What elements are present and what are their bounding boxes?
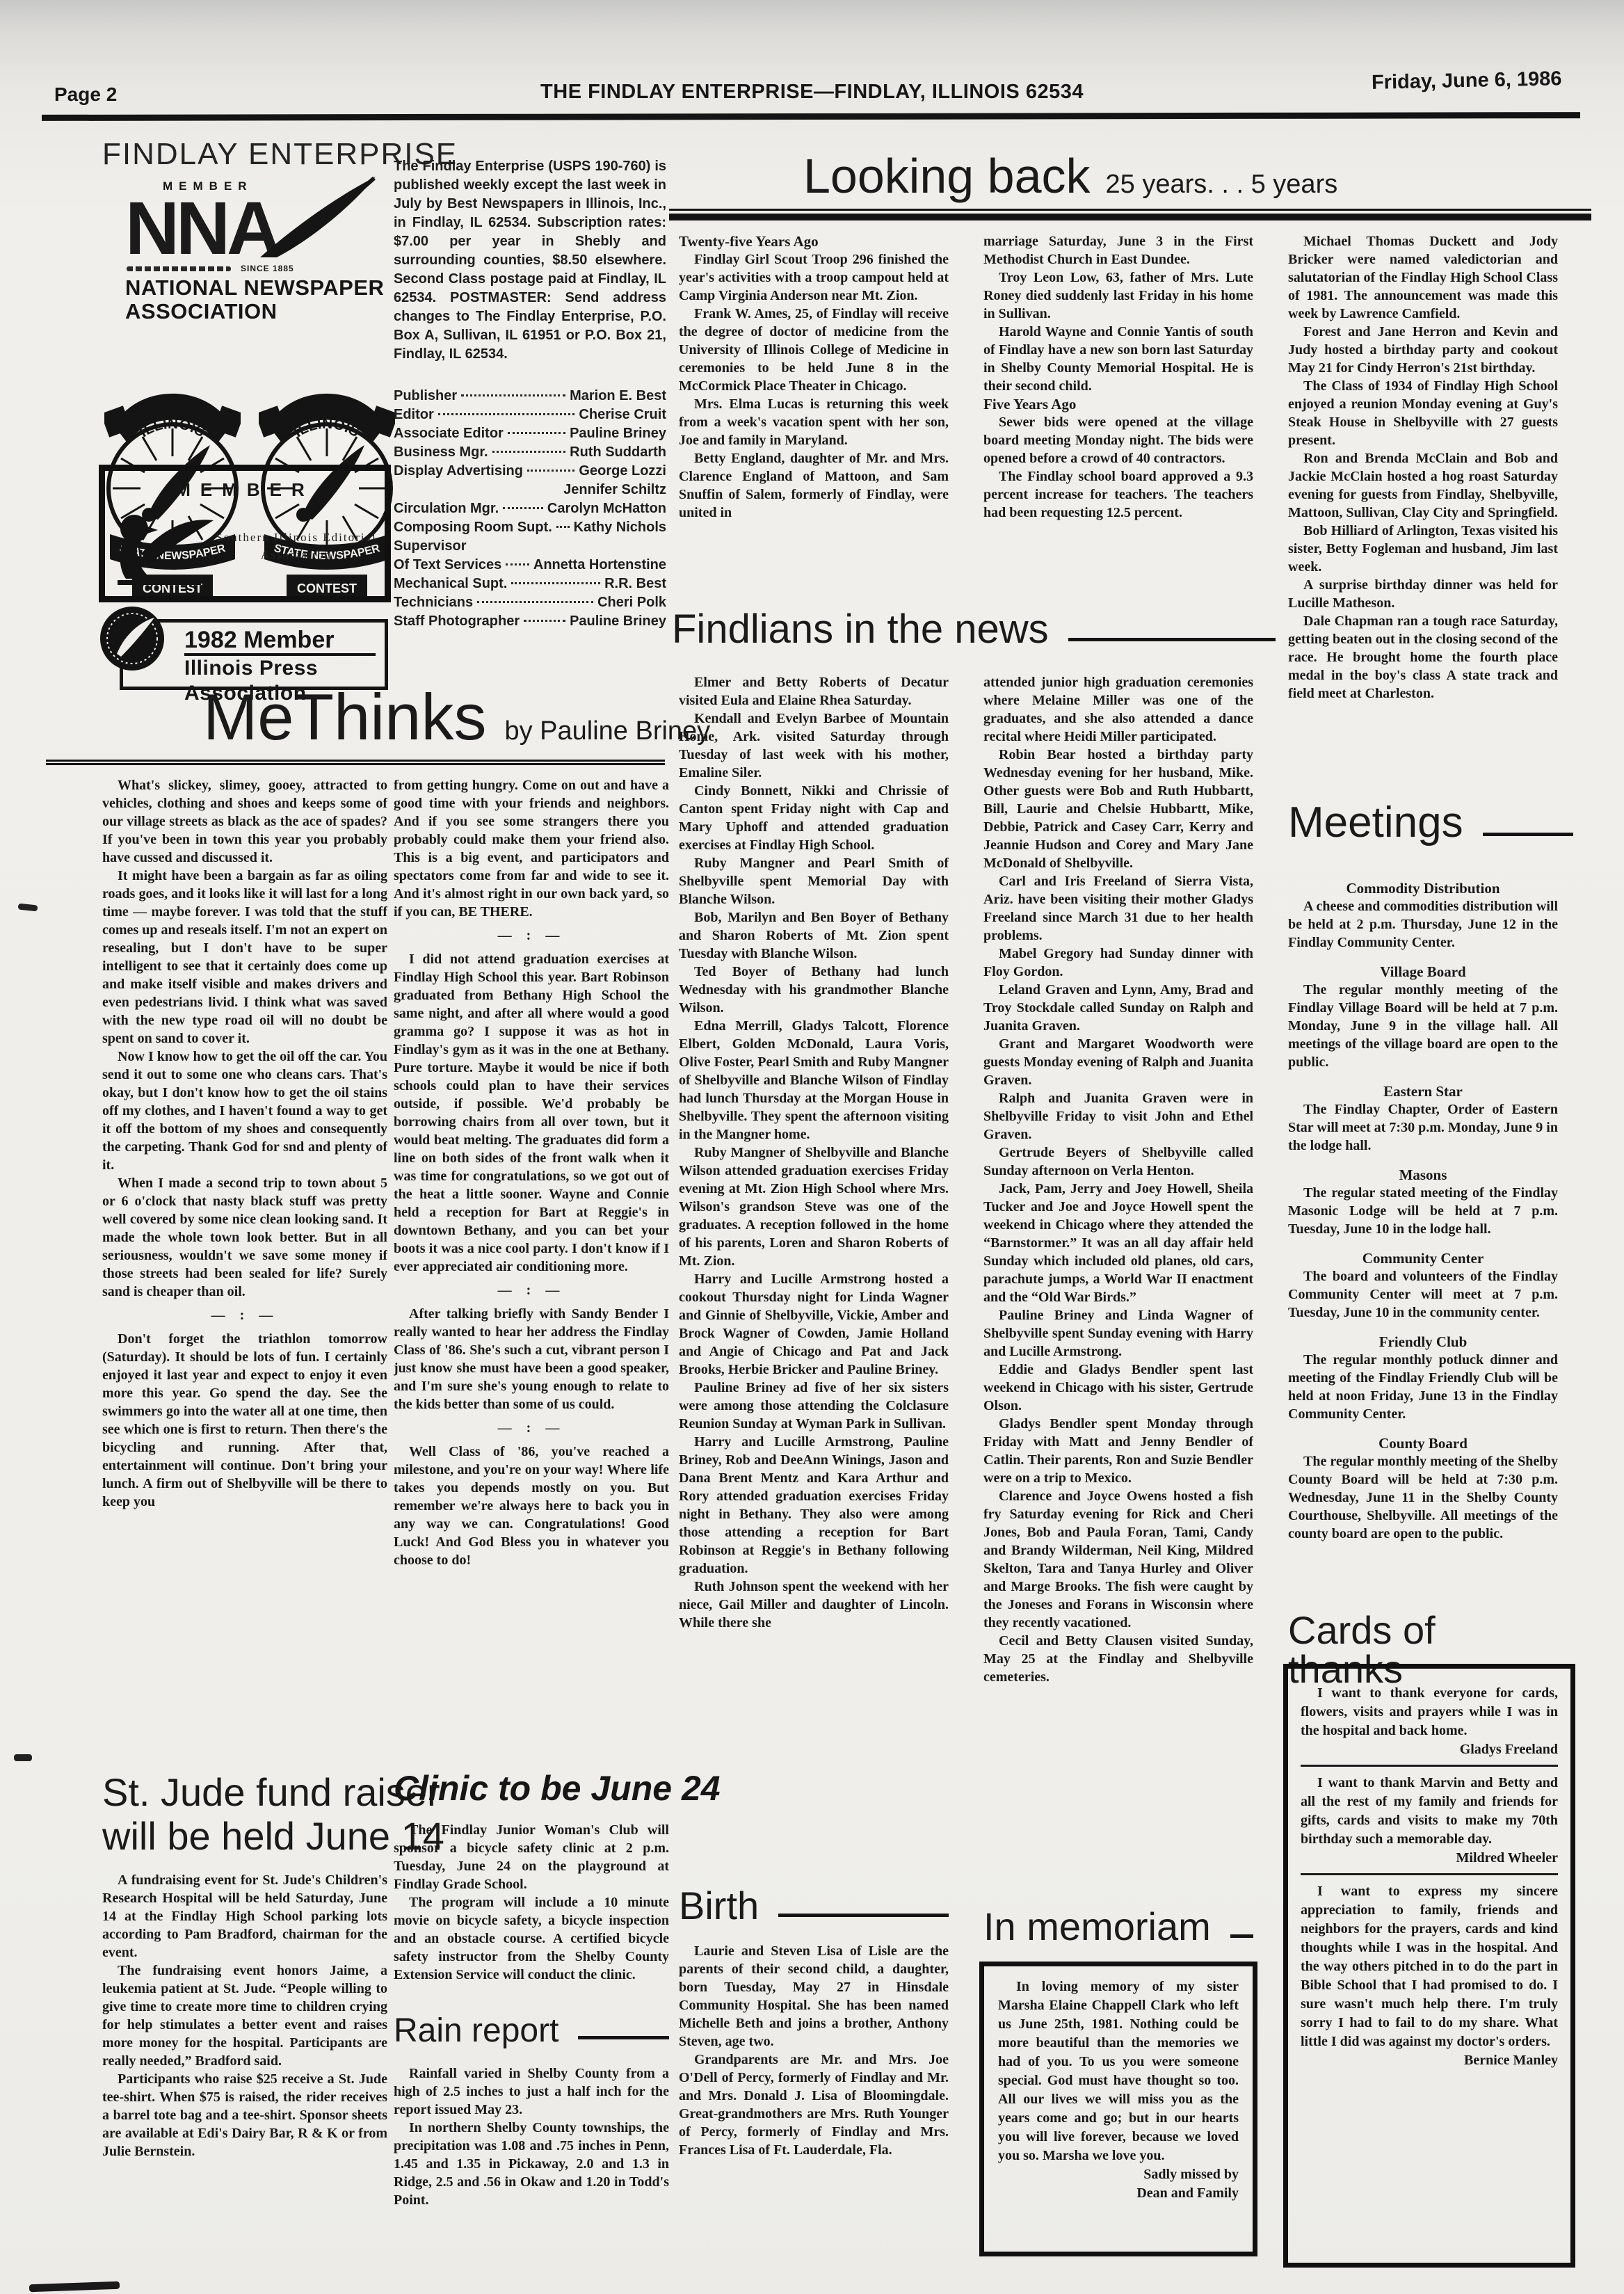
staff-row: Circulation Mgr.Carolyn McHatton	[394, 499, 666, 518]
nna-letters: NNA	[125, 186, 278, 270]
staff-row: Display AdvertisingGeorge Lozzi	[394, 462, 666, 481]
staff-list: PublisherMarion E. BestEditorCherise Cru…	[394, 387, 666, 631]
quill-icon	[256, 173, 381, 263]
section-title: In memoriam	[983, 1907, 1211, 1946]
clinic-heading: Clinic to be June 24	[394, 1768, 721, 1808]
scan-artifact	[18, 904, 38, 912]
paragraph: Elmer and Betty Roberts of Decatur visit…	[679, 673, 949, 709]
sub-heading: County Board	[1288, 1434, 1558, 1452]
paragraph: Ted Boyer of Bethany had lunch Wednesday…	[679, 963, 949, 1017]
section-title: Meetings	[1288, 801, 1463, 844]
section-title: Birth	[679, 1886, 759, 1925]
paragraph: In northern Shelby County townships, the…	[394, 2119, 669, 2209]
member-org-line2: Association	[215, 546, 378, 564]
paragraph: from getting hungry. Come on out and hav…	[394, 776, 669, 921]
paragraph: Troy Leon Low, 63, father of Mrs. Lute R…	[983, 268, 1253, 323]
card-signature: Gladys Freeland	[1301, 1740, 1558, 1759]
in-memoriam-heading: In memoriam	[983, 1907, 1253, 1946]
paragraph: Well Class of '86, you've reached a mile…	[394, 1443, 669, 1569]
st-jude-body: A fundraising event for St. Jude's Child…	[102, 1871, 387, 2288]
paragraph: Cindy Bonnett, Nikki and Chrissie of Can…	[679, 782, 949, 854]
methinks-column-2: from getting hungry. Come on out and hav…	[394, 776, 669, 1757]
staff-row: Jennifer Schiltz	[394, 481, 666, 499]
paragraph: A surprise birthday dinner was held for …	[1288, 576, 1558, 612]
memoriam-signature-line2: Dean and Family	[998, 2184, 1239, 2203]
memoriam-text: In loving memory of my sister Marsha Ela…	[998, 1978, 1239, 2165]
findlians-column-2: attended junior high graduation ceremoni…	[983, 673, 1253, 1895]
looking-back-heading: Looking back 25 years. . . 5 years	[803, 152, 1337, 200]
paragraph: Laurie and Steven Lisa of Lisle are the …	[679, 1942, 949, 2051]
birth-heading: Birth	[679, 1886, 949, 1925]
paragraph: Don't forget the triathlon tomorrow (Sat…	[102, 1330, 387, 1511]
methinks-rule	[46, 760, 665, 765]
paragraph: Grant and Margaret Woodworth were guests…	[983, 1035, 1253, 1089]
cards-of-thanks-box: I want to thank everyone for cards, flow…	[1283, 1664, 1575, 2268]
member-org-name: Southern Illinois Editorial Association	[215, 529, 378, 564]
card-of-thanks: I want to thank Marvin and Betty and all…	[1301, 1765, 1558, 1873]
methinks-heading: MeThinks by Pauline Briney	[203, 684, 710, 750]
sub-heading: Five Years Ago	[983, 395, 1253, 413]
card-of-thanks: I want to thank everyone for cards, flow…	[1301, 1677, 1558, 1765]
card-signature: Mildred Wheeler	[1301, 1849, 1558, 1868]
paragraph: Mabel Gregory had Sunday dinner with Flo…	[983, 945, 1253, 981]
staff-row: Composing Room Supt.Kathy Nichols	[394, 518, 666, 537]
paragraph: I did not attend graduation exercises at…	[394, 950, 669, 1276]
paragraph: Leland Graven and Lynn, Amy, Brad and Tr…	[983, 981, 1253, 1035]
staff-row: Supervisor	[394, 537, 666, 556]
staff-row: Mechanical Supt.R.R. Best	[394, 575, 666, 593]
paragraph: Dale Chapman ran a tough race Saturday, …	[1288, 612, 1558, 703]
paragraph: The fundraising event honors Jaime, a le…	[102, 1962, 387, 2070]
paragraph: Eddie and Gladys Bendler spent last week…	[983, 1361, 1253, 1415]
paragraph: Kendall and Evelyn Barbee of Mountain Ho…	[679, 709, 949, 782]
paragraph: Harold Wayne and Connie Yantis of south …	[983, 323, 1253, 395]
newspaper-page: Page 2 THE FINDLAY ENTERPRISE—FINDLAY, I…	[0, 0, 1624, 2294]
sub-heading: Masons	[1288, 1166, 1558, 1184]
paragraph: Cecil and Betty Clausen visited Sunday, …	[983, 1632, 1253, 1686]
section-subtitle: 25 years. . . 5 years	[1106, 170, 1338, 200]
paragraph: The regular monthly meeting of the Findl…	[1288, 981, 1558, 1071]
findlians-column-1: Elmer and Betty Roberts of Decatur visit…	[679, 673, 949, 1861]
paragraph: Carl and Iris Freeland of Sierra Vista, …	[983, 872, 1253, 945]
sub-heading: Village Board	[1288, 963, 1558, 981]
clinic-body: The Findlay Junior Woman's Club will spo…	[394, 1821, 669, 2009]
staff-row: Of Text ServicesAnnetta Hortenstine	[394, 556, 666, 575]
dash-separator: — : —	[102, 1306, 387, 1324]
looking-back-column-2: marriage Saturday, June 3 in the First M…	[983, 232, 1253, 613]
paragraph: The regular stated meeting of the Findla…	[1288, 1184, 1558, 1238]
staff-row: Staff PhotographerPauline Briney	[394, 612, 666, 631]
staff-row: EditorCherise Cruit	[394, 406, 666, 424]
in-memoriam-notice: In loving memory of my sister Marsha Ela…	[979, 1962, 1257, 2256]
paragraph: Gertrude Beyers of Shelbyville called Su…	[983, 1144, 1253, 1180]
paragraph: A cheese and commodities distribution wi…	[1288, 897, 1558, 952]
paragraph: Michael Thomas Duckett and Jody Bricker …	[1288, 232, 1558, 323]
paragraph: Mrs. Elma Lucas is returning this week f…	[679, 395, 949, 449]
nna-name-line1: NATIONAL NEWSPAPER	[125, 276, 386, 300]
paragraph: Forest and Jane Herron and Kevin and Jud…	[1288, 323, 1558, 377]
sub-heading: Twenty-five Years Ago	[679, 232, 949, 250]
paragraph: Gladys Bendler spent Monday through Frid…	[983, 1415, 1253, 1487]
paragraph: Ron and Brenda McClain and Bob and Jacki…	[1288, 449, 1558, 522]
paragraph: The program will include a 10 minute mov…	[394, 1893, 669, 1984]
member-org-line1: Southern Illinois Editorial	[215, 529, 378, 547]
paragraph: marriage Saturday, June 3 in the First M…	[983, 232, 1253, 268]
sub-heading: Friendly Club	[1288, 1333, 1558, 1351]
paragraph: It might have been a bargain as far as o…	[102, 867, 387, 1048]
card-text: I want to express my sincere appreciatio…	[1301, 1882, 1558, 2051]
paragraph: The Findlay Chapter, Order of Eastern St…	[1288, 1100, 1558, 1155]
paragraph: Bob, Marilyn and Ben Boyer of Bethany an…	[679, 908, 949, 963]
card-of-thanks: I want to express my sincere appreciatio…	[1301, 1873, 1558, 2076]
paragraph: Pauline Briney ad five of her six sister…	[679, 1379, 949, 1433]
scan-artifact	[14, 1754, 32, 1761]
rain-report-heading: Rain report	[394, 2014, 669, 2048]
paragraph: Rainfall varied in Shelby County from a …	[394, 2064, 669, 2119]
section-title: Findlians in the news	[672, 609, 1049, 650]
sub-heading: Community Center	[1288, 1249, 1558, 1267]
staff-row: PublisherMarion E. Best	[394, 387, 666, 406]
paragraph: What's slickey, slimey, gooey, attracted…	[102, 776, 387, 867]
ipa-year-label: 1982 Member	[184, 628, 376, 656]
paragraph: Clarence and Joyce Owens hosted a fish f…	[983, 1487, 1253, 1632]
paragraph: The Class of 1934 of Findlay High School…	[1288, 377, 1558, 449]
paragraph: Harry and Lucille Armstrong, Pauline Bri…	[679, 1433, 949, 1578]
sub-heading: Eastern Star	[1288, 1082, 1558, 1100]
section-title: MeThinks	[203, 684, 486, 750]
meetings-heading: Meetings	[1288, 801, 1573, 844]
staff-row: Business Mgr.Ruth Suddarth	[394, 443, 666, 462]
paragraph: Jack, Pam, Jerry and Joey Howell, Sheila…	[983, 1180, 1253, 1306]
paragraph: Robin Bear hosted a birthday party Wedne…	[983, 746, 1253, 872]
paragraph: The Findlay Junior Woman's Club will spo…	[394, 1821, 669, 1893]
header-rule	[42, 112, 1580, 121]
scan-artifact	[29, 2281, 120, 2293]
paragraph: When I made a second trip to town about …	[102, 1174, 387, 1301]
dash-separator: — : —	[394, 1281, 669, 1299]
paragraph: Now I know how to get the oil off the ca…	[102, 1048, 387, 1174]
publisher-statement: The Findlay Enterprise (USPS 190-760) is…	[394, 157, 666, 364]
card-signature: Bernice Manley	[1301, 2051, 1558, 2070]
paragraph: Ralph and Juanita Graven were in Shelbyv…	[983, 1089, 1253, 1144]
methinks-column-1: What's slickey, slimey, gooey, attracted…	[102, 776, 387, 1757]
paragraph: Sewer bids were opened at the village bo…	[983, 413, 1253, 467]
looking-back-rule	[669, 209, 1591, 220]
meetings-list: Commodity DistributionA cheese and commo…	[1288, 868, 1558, 1608]
staff-row: TechniciansCheri Polk	[394, 593, 666, 612]
looking-back-column-3: Michael Thomas Duckett and Jody Bricker …	[1288, 232, 1558, 796]
paragraph: The regular monthly potluck dinner and m…	[1288, 1351, 1558, 1423]
section-title: Looking back	[803, 152, 1091, 200]
findlians-heading: Findlians in the news	[672, 609, 1276, 650]
paragraph: Ruby Mangner of Shelbyville and Blanche …	[679, 1144, 949, 1270]
paragraph: attended junior high graduation ceremoni…	[983, 673, 1253, 746]
paragraph: After talking briefly with Sandy Bender …	[394, 1305, 669, 1413]
paragraph: The Findlay school board approved a 9.3 …	[983, 467, 1253, 522]
paragraph: Findlay Girl Scout Troop 296 finished th…	[679, 250, 949, 305]
paragraph: Frank W. Ames, 25, of Findlay will recei…	[679, 305, 949, 395]
paragraph: Bob Hilliard of Arlington, Texas visited…	[1288, 522, 1558, 576]
dash-separator: — : —	[394, 927, 669, 945]
paragraph: Betty England, daughter of Mr. and Mrs. …	[679, 449, 949, 522]
paragraph: The regular monthly meeting of the Shelb…	[1288, 1452, 1558, 1543]
staff-row: Associate EditorPauline Briney	[394, 424, 666, 443]
byline: by Pauline Briney	[504, 716, 710, 746]
paragraph: Pauline Briney and Linda Wagner of Shelb…	[983, 1306, 1253, 1361]
eagle-quill-icon	[111, 505, 215, 587]
dash-separator: — : —	[394, 1419, 669, 1437]
paragraph: Edna Merrill, Gladys Talcott, Florence E…	[679, 1017, 949, 1144]
nna-logo: MEMBER NNA SINCE 1885 NATIONAL NEWSPAPER…	[125, 179, 386, 324]
paragraph: Ruth Johnson spent the weekend with her …	[679, 1578, 949, 1632]
paragraph: Harry and Lucille Armstrong hosted a coo…	[679, 1270, 949, 1379]
member-box: MEMBER Southern Illinois Editorial Assoc…	[99, 465, 391, 602]
card-text: I want to thank everyone for cards, flow…	[1301, 1684, 1558, 1740]
member-label: MEMBER	[105, 479, 385, 501]
rain-report-body: Rainfall varied in Shelby County from a …	[394, 2064, 669, 2273]
paragraph: Participants who raise $25 receive a St.…	[102, 2070, 387, 2160]
section-title: Rain report	[394, 2014, 558, 2048]
nna-association-name: NATIONAL NEWSPAPER ASSOCIATION	[125, 276, 386, 323]
memoriam-signature-line1: Sadly missed by	[998, 2165, 1239, 2184]
paragraph: Ruby Mangner and Pearl Smith of Shelbyvi…	[679, 854, 949, 908]
paragraph: Grandparents are Mr. and Mrs. Joe O'Dell…	[679, 2051, 949, 2159]
nna-name-line2: ASSOCIATION	[125, 300, 386, 323]
nna-acronym: NNA	[125, 193, 386, 262]
looking-back-column-1: Twenty-five Years AgoFindlay Girl Scout …	[679, 232, 949, 613]
issue-date: Friday, June 6, 1986	[1371, 67, 1561, 95]
card-text: I want to thank Marvin and Betty and all…	[1301, 1774, 1558, 1849]
birth-body: Laurie and Steven Lisa of Lisle are the …	[679, 1942, 949, 2276]
sub-heading: Commodity Distribution	[1288, 879, 1558, 897]
paragraph: A fundraising event for St. Jude's Child…	[102, 1871, 387, 1962]
paragraph: The board and volunteers of the Findlay …	[1288, 1267, 1558, 1322]
press-association-seal-icon	[99, 605, 166, 672]
